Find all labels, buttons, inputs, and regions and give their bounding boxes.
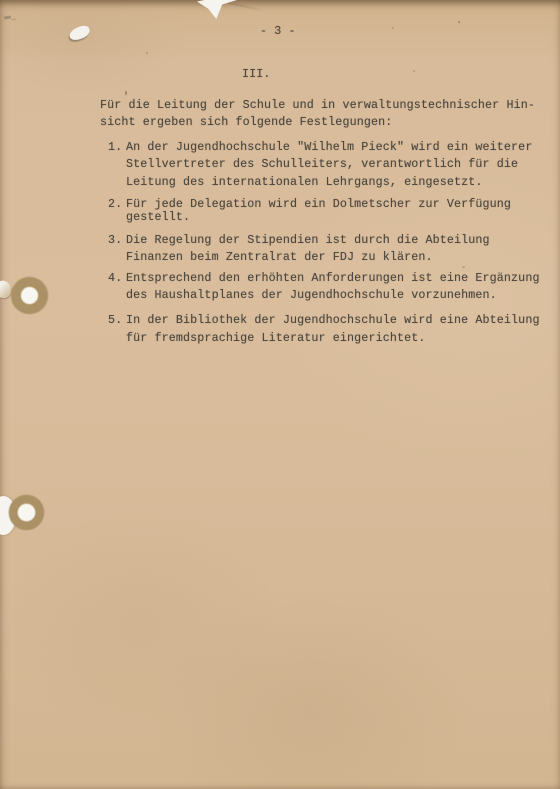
- section-heading: III.: [242, 66, 271, 83]
- text-line: An der Jugendhochschule "Wilhelm Pieck" …: [126, 139, 532, 156]
- list-item-2: 2. Für jede Delegation wird ein Dolmetsc…: [108, 196, 540, 227]
- intro-paragraph: Für die Leitung der Schule und in verwal…: [100, 97, 535, 132]
- punch-hole-bottom: [8, 494, 45, 531]
- list-item-5: 5. In der Bibliothek der Jugendhochschul…: [108, 312, 540, 347]
- paper-speck: [392, 27, 394, 29]
- paper-speck: [146, 52, 148, 54]
- paper-tear-small: [68, 24, 92, 42]
- list-item-number: 3.: [108, 232, 126, 267]
- text-line: Entsprechend den erhöhten Anforderungen …: [126, 270, 540, 287]
- text-line: Für die Leitung der Schule und in verwal…: [100, 97, 535, 114]
- numbered-list: 1. An der Jugendhochschule "Wilhelm Piec…: [108, 139, 540, 347]
- scanned-document-page: - 3 - III. Für die Leitung der Schule un…: [0, 0, 560, 789]
- text-line: des Haushaltplanes der Jugendhochschule …: [126, 287, 540, 304]
- list-item-number: 1.: [108, 139, 126, 191]
- text-line: Finanzen beim Zentralrat der FDJ zu klär…: [126, 249, 490, 266]
- paper-speck: [125, 91, 127, 95]
- list-item-1: 1. An der Jugendhochschule "Wilhelm Piec…: [108, 139, 540, 191]
- text-line: für fremdsprachige Literatur eingerichte…: [126, 330, 540, 347]
- list-item-3: 3. Die Regelung der Stipendien ist durch…: [108, 232, 540, 267]
- text-line: sicht ergeben sich folgende Festlegungen…: [100, 114, 535, 131]
- pencil-mark-top-left: [4, 15, 11, 19]
- paper-speck: [458, 21, 460, 23]
- list-item-number: 5.: [108, 312, 126, 347]
- text-line: Die Regelung der Stipendien ist durch di…: [126, 232, 490, 249]
- list-item-number: 2.: [108, 196, 126, 227]
- text-line: In der Bibliothek der Jugendhochschule w…: [126, 312, 540, 329]
- text-line: Leitung des internationalen Lehrgangs, e…: [126, 174, 532, 191]
- list-item-4: 4. Entsprechend den erhöhten Anforderung…: [108, 270, 540, 305]
- punch-hole-top: [10, 276, 49, 315]
- page-number: - 3 -: [260, 23, 296, 40]
- paper-crease-line: [228, 2, 265, 11]
- paper-speck: [413, 70, 415, 72]
- text-line: Stellvertreter des Schulleiters, verantw…: [126, 156, 532, 173]
- list-item-number: 4.: [108, 270, 126, 305]
